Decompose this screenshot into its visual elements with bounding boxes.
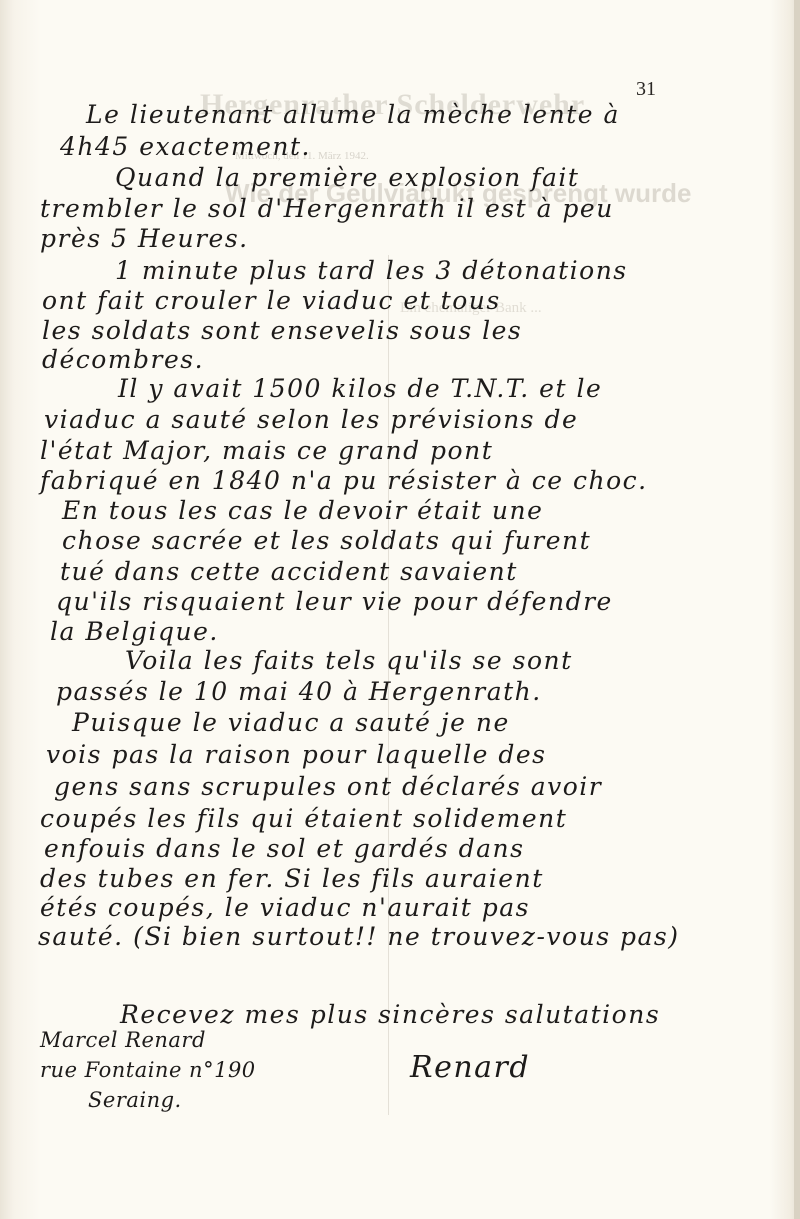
- letter-line: fabriqué en 1840 n'a pu résister à ce ch…: [40, 466, 648, 495]
- signature: Renard: [410, 1050, 530, 1085]
- letter-line: des tubes en fer. Si les fils auraient: [40, 864, 544, 893]
- letter-line: viaduc a sauté selon les prévisions de: [44, 405, 578, 434]
- letter-line: coupés les fils qui étaient solidement: [40, 804, 567, 833]
- sender-name: Marcel Renard: [40, 1028, 206, 1052]
- scanned-page: Hergenrather Schelderwehr Mittwoch, den …: [0, 0, 800, 1219]
- letter-line: Quand la première explosion fait: [115, 163, 579, 192]
- letter-line: près 5 Heures.: [40, 224, 249, 253]
- letter-line: sauté. (Si bien surtout!! ne trouvez-vou…: [38, 922, 679, 951]
- letter-line: Voila les faits tels qu'ils se sont: [125, 646, 573, 675]
- letter-line: 1 minute plus tard les 3 détonations: [115, 256, 628, 285]
- letter-line: trembler le sol d'Hergenrath il est à pe…: [40, 194, 614, 223]
- letter-closing: Recevez mes plus sincères salutations: [120, 1000, 660, 1029]
- letter-line: décombres.: [42, 345, 204, 374]
- sender-street: rue Fontaine n°190: [40, 1058, 256, 1082]
- letter-line: chose sacrée et les soldats qui furent: [62, 526, 591, 555]
- page-edge: [794, 0, 800, 1219]
- letter-line: ont fait crouler le viaduc et tous: [42, 286, 501, 315]
- letter-line: la Belgique.: [50, 617, 219, 646]
- letter-line: vois pas la raison pour laquelle des: [46, 740, 546, 769]
- letter-line: étés coupés, le viaduc n'aurait pas: [40, 893, 530, 922]
- letter-line: gens sans scrupules ont déclarés avoir: [54, 772, 602, 801]
- letter-line: Puisque le viaduc a sauté je ne: [72, 708, 510, 737]
- letter-line: enfouis dans le sol et gardés dans: [44, 834, 524, 863]
- letter-line: passés le 10 mai 40 à Hergenrath.: [56, 677, 542, 706]
- letter-line: En tous les cas le devoir était une: [62, 496, 543, 525]
- sender-city: Seraing.: [88, 1088, 182, 1112]
- letter-line: Il y avait 1500 kilos de T.N.T. et le: [118, 374, 602, 403]
- letter-line: tué dans cette accident savaient: [60, 557, 518, 586]
- letter-line: les soldats sont ensevelis sous les: [42, 316, 522, 345]
- letter-line: 4h45 exactement.: [60, 132, 311, 161]
- page-number: 31: [636, 78, 656, 101]
- letter-line: Le lieutenant allume la mèche lente à: [86, 100, 620, 129]
- letter-line: l'état Major, mais ce grand pont: [40, 436, 493, 465]
- letter-line: qu'ils risquaient leur vie pour défendre: [56, 587, 613, 616]
